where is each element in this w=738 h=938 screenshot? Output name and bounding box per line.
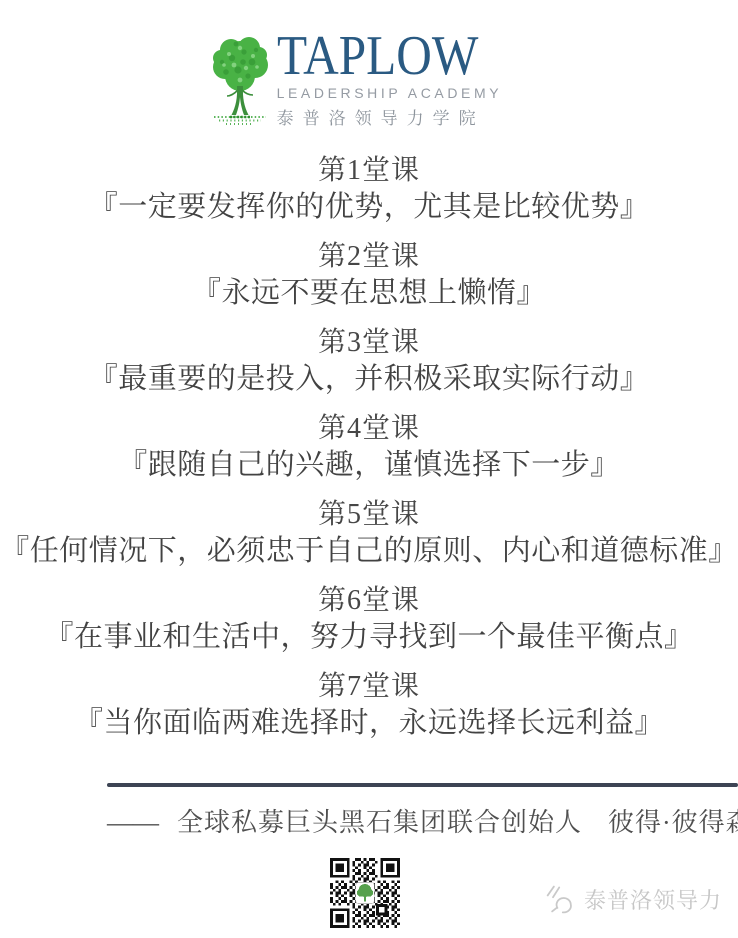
lesson-5-quote: 『任何情况下，必须忠于自己的原则、内心和道德标准』 — [0, 533, 738, 569]
logo-subtitle-en: LEADERSHIP ACADEMY — [277, 85, 503, 101]
lesson-1-quote: 『一定要发挥你的优势，尤其是比较优势』 — [0, 189, 738, 225]
attribution-source: 全球私募巨头黑石集团联合创始人 — [177, 806, 582, 840]
logo-subtitle-cn: 泰普洛领导力学院 — [277, 104, 485, 129]
lesson-4: 第4堂课 『跟随自己的兴趣，谨慎选择下一步』 — [0, 410, 738, 483]
bird-sketch-icon — [545, 882, 577, 916]
lesson-6-quote: 『在事业和生活中，努力寻找到一个最佳平衡点』 — [0, 619, 738, 655]
lesson-4-title: 第4堂课 — [0, 410, 738, 447]
watermark-text: 泰普洛领导力 — [584, 884, 722, 915]
lesson-5: 第5堂课 『任何情况下，必须忠于自己的原则、内心和道德标准』 — [0, 496, 738, 569]
lesson-7-quote: 『当你面临两难选择时，永远选择长远利益』 — [0, 705, 738, 741]
lesson-2-quote: 『永远不要在思想上懒惰』 — [0, 275, 738, 311]
lesson-5-title: 第5堂课 — [0, 496, 738, 533]
article-image: TAPLOW LEADERSHIP ACADEMY 泰普洛领导力学院 第1堂课 … — [0, 0, 738, 938]
divider-line — [107, 783, 738, 787]
lesson-7: 第7堂课 『当你面临两难选择时，永远选择长远利益』 — [0, 668, 738, 741]
logo-text-block: TAPLOW LEADERSHIP ACADEMY 泰普洛领导力学院 — [277, 30, 506, 129]
logo-wordmark: TAPLOW — [277, 30, 478, 82]
attribution-author: 彼得·彼得森 — [608, 806, 738, 840]
qr-code — [330, 858, 400, 928]
lesson-2: 第2堂课 『永远不要在思想上懒惰』 — [0, 238, 738, 311]
attribution-dash: —— — [107, 806, 159, 840]
lesson-6-title: 第6堂课 — [0, 582, 738, 619]
lesson-7-title: 第7堂课 — [0, 668, 738, 705]
lesson-2-title: 第2堂课 — [0, 238, 738, 275]
lesson-3-title: 第3堂课 — [0, 324, 738, 361]
lesson-3: 第3堂课 『最重要的是投入，并积极采取实际行动』 — [0, 324, 738, 397]
watermark: 泰普洛领导力 — [545, 882, 722, 916]
lesson-1: 第1堂课 『一定要发挥你的优势，尤其是比较优势』 — [0, 152, 738, 225]
attribution: —— 全球私募巨头黑石集团联合创始人 彼得·彼得森 — [107, 806, 738, 840]
lesson-6: 第6堂课 『在事业和生活中，努力寻找到一个最佳平衡点』 — [0, 582, 738, 655]
lesson-1-title: 第1堂课 — [0, 152, 738, 189]
lesson-3-quote: 『最重要的是投入，并积极采取实际行动』 — [0, 361, 738, 397]
lessons-list: 第1堂课 『一定要发挥你的优势，尤其是比较优势』 第2堂课 『永远不要在思想上懒… — [0, 152, 738, 754]
lesson-4-quote: 『跟随自己的兴趣，谨慎选择下一步』 — [0, 447, 738, 483]
tree-icon — [209, 32, 271, 128]
taplow-logo: TAPLOW LEADERSHIP ACADEMY 泰普洛领导力学院 — [0, 30, 726, 129]
